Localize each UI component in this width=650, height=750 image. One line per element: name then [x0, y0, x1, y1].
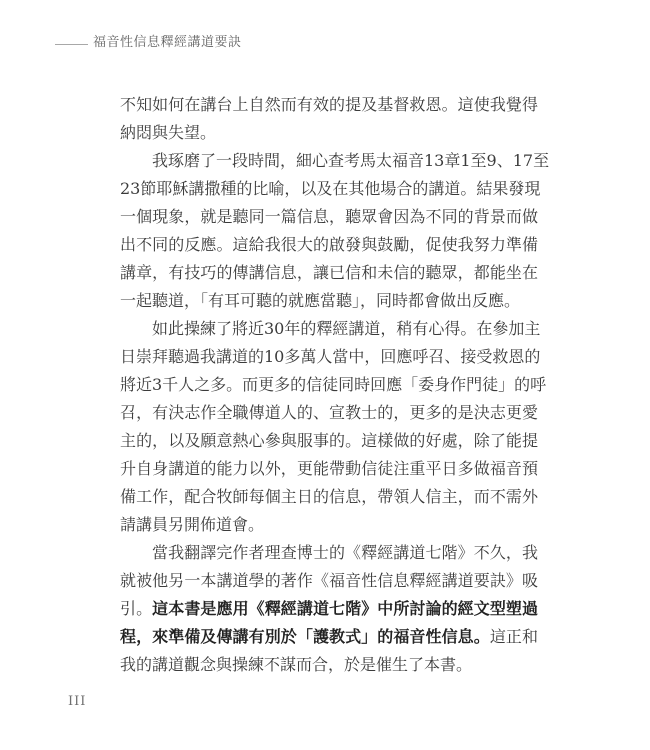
text-segment: 引。: [120, 599, 152, 618]
text-line: 不知如何在講台上自然而有效的提及基督救恩。這使我覺得: [120, 91, 538, 119]
text-segment: 將近3千人之多。而更多的信徒同時回應「委身作門徒」的呼: [120, 375, 546, 394]
text-segment: 當我翻譯完作者理查博士的《釋經講道七階》不久，我: [152, 543, 538, 562]
text-line: 如此操練了將近30年的釋經講道，稍有心得。在參加主: [120, 315, 538, 343]
text-segment: 一個現象，就是聽同一篇信息，聽眾會因為不同的背景而做: [120, 207, 538, 226]
text-segment: 一起聽道，「有耳可聽的就應當聽」，同時都會做出反應。: [120, 291, 520, 310]
text-line: 日崇拜聽過我講道的10多萬人當中，回應呼召、接受救恩的: [120, 343, 538, 371]
text-segment: 講章，有技巧的傳講信息，讓已信和未信的聽眾，都能坐在: [120, 263, 538, 282]
running-header: 福音性信息釋經講道要訣: [0, 28, 650, 52]
text-segment: 出不同的反應。這給我很大的啟發與鼓勵，促使我努力準備: [120, 235, 538, 254]
text-segment: 備工作，配合牧師每個主日的信息，帶領人信主，而不需外: [120, 487, 538, 506]
text-line: 備工作，配合牧師每個主日的信息，帶領人信主，而不需外: [120, 483, 538, 511]
header-rule: [55, 44, 88, 45]
text-segment: 我的講道觀念與操練不謀而合，於是催生了本書。: [120, 655, 472, 674]
text-block: 不知如何在講台上自然而有效的提及基督救恩。這使我覺得納悶與失望。我琢磨了一段時間…: [120, 91, 538, 679]
text-segment: 納悶與失望。: [120, 123, 216, 142]
text-segment: 就被他另一本講道學的著作《福音性信息釋經講道要訣》吸: [120, 571, 538, 590]
paragraph: 我琢磨了一段時間，細心查考馬太福音13章1至9、17至23節耶穌講撒種的比喻，以…: [120, 147, 538, 315]
text-line: 就被他另一本講道學的著作《福音性信息釋經講道要訣》吸: [120, 567, 538, 595]
text-line: 程，來準備及傳講有別於「護教式」的福音性信息。這正和: [120, 623, 538, 651]
text-segment: 我琢磨了一段時間，細心查考馬太福音13章1至9、17至: [152, 151, 549, 170]
text-line: 引。這本書是應用《釋經講道七階》中所討論的經文型塑過: [120, 595, 538, 623]
text-line: 我琢磨了一段時間，細心查考馬太福音13章1至9、17至: [120, 147, 538, 175]
text-line: 納悶與失望。: [120, 119, 538, 147]
paragraph: 當我翻譯完作者理查博士的《釋經講道七階》不久，我就被他另一本講道學的著作《福音性…: [120, 539, 538, 679]
text-line: 將近3千人之多。而更多的信徒同時回應「委身作門徒」的呼: [120, 371, 538, 399]
text-line: 講章，有技巧的傳講信息，讓已信和未信的聽眾，都能坐在: [120, 259, 538, 287]
text-line: 一個現象，就是聽同一篇信息，聽眾會因為不同的背景而做: [120, 203, 538, 231]
running-header-title: 福音性信息釋經講道要訣: [93, 31, 242, 50]
text-segment: 召，有決志作全職傳道人的、宣教士的，更多的是決志更愛: [120, 403, 538, 422]
page-number: III: [68, 694, 86, 709]
text-segment: 如此操練了將近30年的釋經講道，稍有心得。在參加主: [152, 319, 540, 338]
text-line: 升自身講道的能力以外，更能帶動信徒注重平日多做福音預: [120, 455, 538, 483]
text-segment-bold: 這本書是應用《釋經講道七階》中所討論的經文型塑過: [152, 599, 538, 618]
text-segment: 升自身講道的能力以外，更能帶動信徒注重平日多做福音預: [120, 459, 538, 478]
text-segment: 不知如何在講台上自然而有效的提及基督救恩。這使我覺得: [120, 95, 538, 114]
paragraph: 不知如何在講台上自然而有效的提及基督救恩。這使我覺得納悶與失望。: [120, 91, 538, 147]
text-segment: 這正和: [490, 627, 538, 646]
text-line: 召，有決志作全職傳道人的、宣教士的，更多的是決志更愛: [120, 399, 538, 427]
text-line: 當我翻譯完作者理查博士的《釋經講道七階》不久，我: [120, 539, 538, 567]
text-segment: 23節耶穌講撒種的比喻，以及在其他場合的講道。結果發現: [120, 179, 540, 198]
text-line: 23節耶穌講撒種的比喻，以及在其他場合的講道。結果發現: [120, 175, 538, 203]
text-segment: 主的，以及願意熱心參與服事的。這樣做的好處，除了能提: [120, 431, 538, 450]
text-line: 我的講道觀念與操練不謀而合，於是催生了本書。: [120, 651, 538, 679]
text-line: 主的，以及願意熱心參與服事的。這樣做的好處，除了能提: [120, 427, 538, 455]
paragraph: 如此操練了將近30年的釋經講道，稍有心得。在參加主日崇拜聽過我講道的10多萬人當…: [120, 315, 538, 539]
text-segment-bold: 程，來準備及傳講有別於「護教式」的福音性信息。: [120, 627, 490, 646]
text-line: 出不同的反應。這給我很大的啟發與鼓勵，促使我努力準備: [120, 231, 538, 259]
text-line: 一起聽道，「有耳可聽的就應當聽」，同時都會做出反應。: [120, 287, 538, 315]
text-line: 請講員另開佈道會。: [120, 511, 538, 539]
book-page: 福音性信息釋經講道要訣 不知如何在講台上自然而有效的提及基督救恩。這使我覺得納悶…: [0, 0, 650, 750]
text-segment: 請講員另開佈道會。: [120, 515, 264, 534]
text-segment: 日崇拜聽過我講道的10多萬人當中，回應呼召、接受救恩的: [120, 347, 540, 366]
